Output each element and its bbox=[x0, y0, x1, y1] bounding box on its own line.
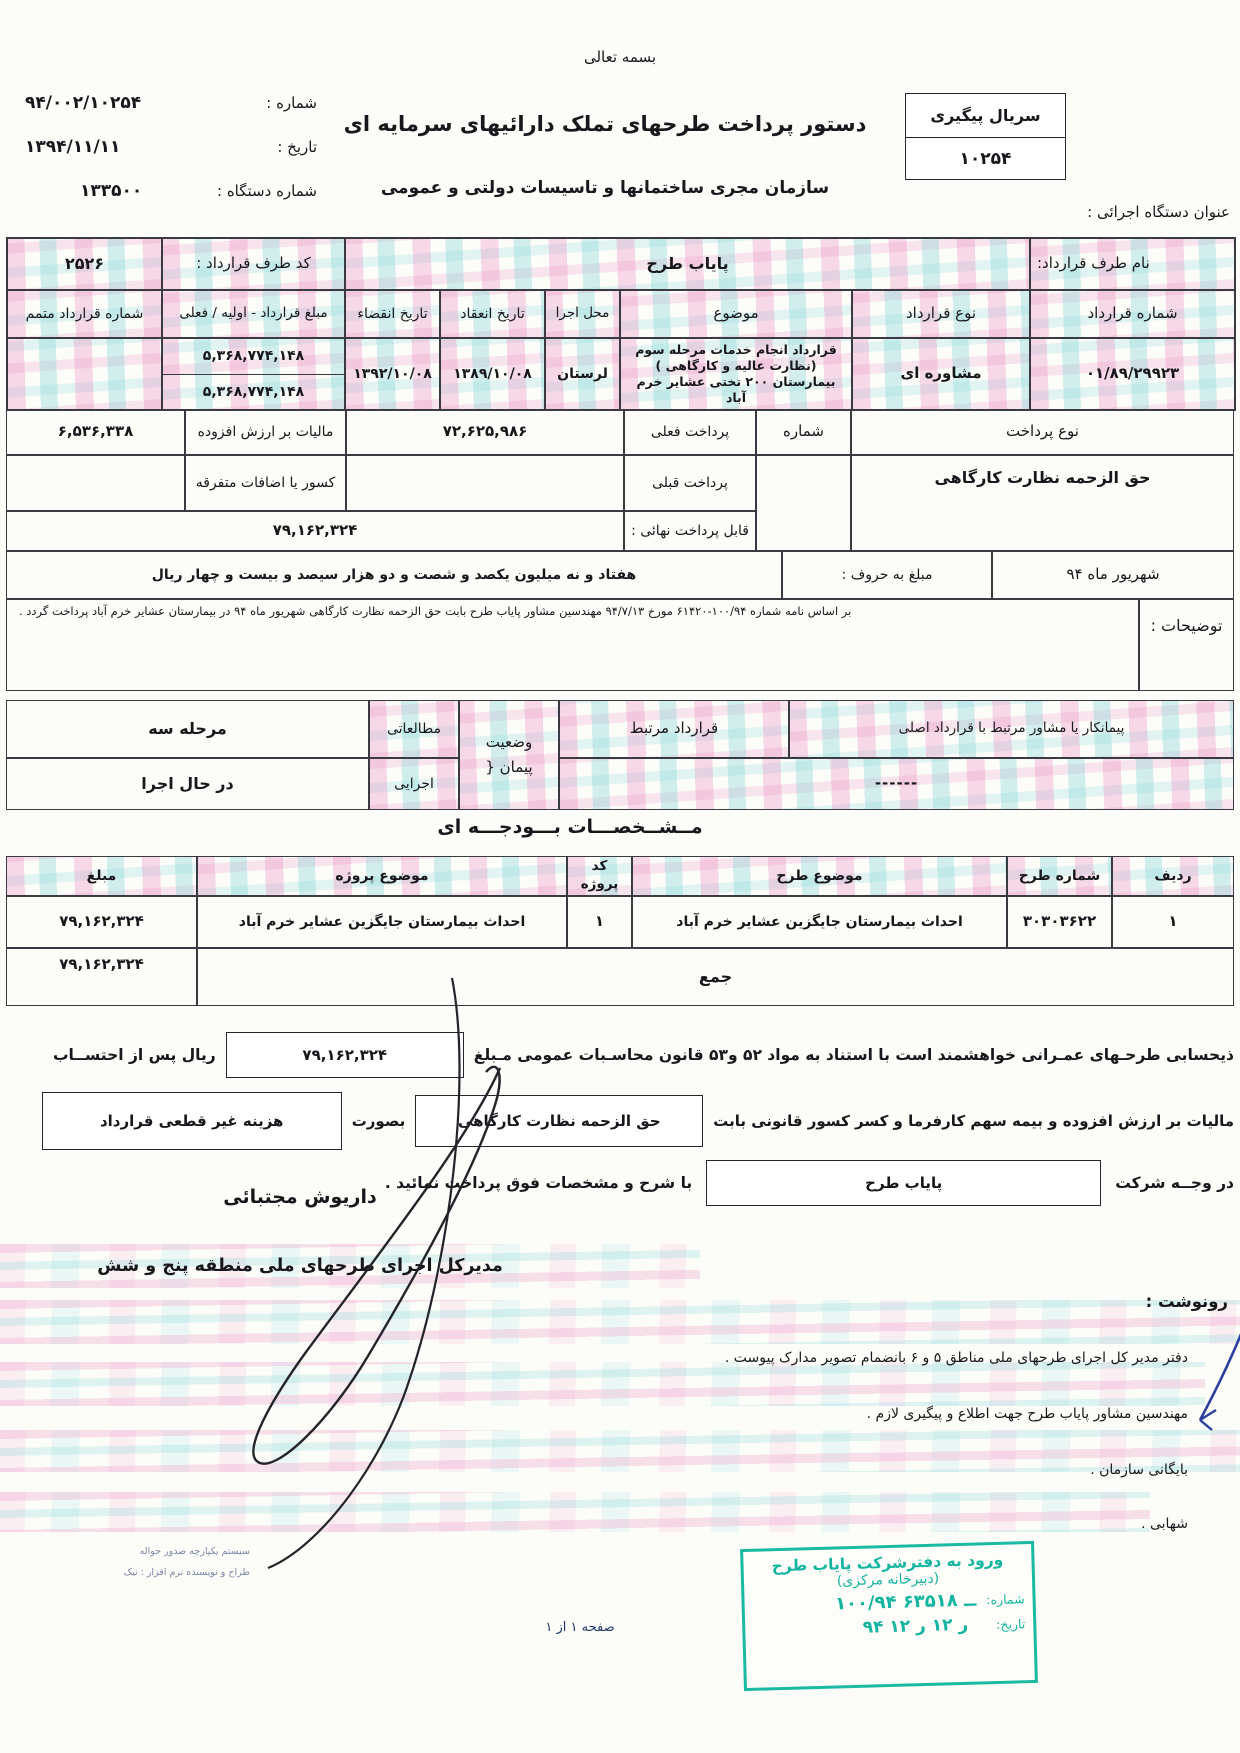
party-name-label: نام طرف قرارداد: bbox=[1030, 238, 1235, 290]
cc-item-4: شهابی . bbox=[1141, 1516, 1188, 1532]
stamp-number-label: شماره: bbox=[986, 1591, 1025, 1607]
instruction-line2-text-a: مالیات بر ارزش افزوده و بیمه سهم کارفرما… bbox=[713, 1112, 1234, 1130]
previous-payment-value bbox=[346, 455, 624, 511]
signatory-title: مدیرکل اجرای طرحهای ملی منطقه پنج و شش bbox=[30, 1256, 570, 1276]
notes-label: توضیحات : bbox=[1139, 599, 1234, 691]
contract-subject-header: موضوع bbox=[620, 290, 852, 338]
agency-title-label: عنوان دستگاه اجرائی : bbox=[1087, 203, 1230, 221]
company-entry-stamp: ورود به دفترشرکت پایاب طرح (دبیرخانه مرک… bbox=[740, 1541, 1038, 1691]
budget-table: ردیف شماره طرح موضوع طرح کد پروژه موضوع … bbox=[6, 856, 1234, 1006]
payment-number-value bbox=[756, 455, 851, 551]
page-number: صفحه ۱ از ۱ bbox=[515, 1620, 645, 1635]
instruction-expense-type-box: هزینه غیر قطعی قرارداد bbox=[42, 1092, 342, 1150]
contract-sign-date-value: ۱۳۸۹/۱۰/۰۸ bbox=[440, 338, 545, 410]
contract-table: نام طرف قرارداد: پایاب طرح کد طرف قراردا… bbox=[6, 237, 1236, 411]
contract-sign-date-header: تاریخ انعقاد bbox=[440, 290, 545, 338]
budget-project-code-header: کد پروژه bbox=[567, 856, 632, 896]
stage-value: مرحله سه bbox=[6, 700, 369, 758]
related-consultant-value: ------ bbox=[559, 758, 1234, 810]
status-study-label: مطالعاتی bbox=[369, 700, 459, 758]
letter-number-label: شماره : bbox=[266, 94, 317, 112]
amount-words-row: شهریور ماه ۹۴ مبلغ به حروف : هفتاد و نه … bbox=[6, 551, 1234, 599]
software-credit-line1: سیستم یکپارچه صدور حواله bbox=[100, 1542, 250, 1563]
instruction-line1-text-a: ذیحسابی طرحـهای عمـرانی خواهشمند است با … bbox=[474, 1046, 1234, 1064]
contract-location-header: محل اجرا bbox=[545, 290, 620, 338]
stamp-date-label: تاریخ: bbox=[996, 1616, 1026, 1632]
budget-row-no: ۱ bbox=[1112, 896, 1234, 948]
current-payment-label: پرداخت فعلی bbox=[624, 409, 756, 455]
stamp-date-value: ۹۴ ر ۱۲ ر ۱۲ bbox=[862, 1615, 968, 1638]
contract-location-value: لرستان bbox=[545, 338, 620, 410]
watermark-strip bbox=[0, 1300, 1240, 1344]
supplement-number-value bbox=[7, 338, 162, 410]
previous-payment-label: پرداخت قبلی bbox=[624, 455, 756, 511]
contract-number-header: شماره قرارداد bbox=[1030, 290, 1235, 338]
executing-organization: سازمان مجری ساختمانها و تاسیسات دولتی و … bbox=[300, 178, 910, 198]
budget-amount-header: مبلغ bbox=[6, 856, 197, 896]
blue-check-stroke bbox=[1200, 1322, 1240, 1420]
budget-amount: ۷۹,۱۶۲,۳۲۴ bbox=[6, 896, 197, 948]
software-credit-block: سیستم یکپارچه صدور حواله طراح و نویسنده … bbox=[100, 1542, 250, 1584]
notes-row: توضیحات : بر اساس نامه شماره ۱۰۰/۹۴-۶۱۴۲… bbox=[6, 599, 1234, 691]
budget-plan-subject-header: موضوع طرح bbox=[632, 856, 1007, 896]
payment-period-value: شهریور ماه ۹۴ bbox=[992, 551, 1234, 599]
contract-amount-current: ۵,۳۶۸,۷۷۴,۱۴۸ bbox=[163, 375, 344, 410]
status-table: پیمانکار یا مشاور مرتبط با قرارداد اصلی … bbox=[6, 700, 1234, 810]
cc-item-2: مهندسین مشاور پایاب طرح جهت اطلاع و پیگی… bbox=[867, 1406, 1188, 1422]
current-payment-value: ۷۲,۶۲۵,۹۸۶ bbox=[346, 409, 624, 455]
progress-value: در حال اجرا bbox=[6, 758, 369, 810]
payment-number-header: شماره bbox=[756, 409, 851, 455]
letter-date-label: تاریخ : bbox=[277, 138, 317, 156]
instruction-amount-box: ۷۹,۱۶۲,۳۲۴ bbox=[226, 1032, 464, 1078]
amount-words-value: هفتاد و نه میلیون یکصد و شصت و دو هزار س… bbox=[6, 551, 782, 599]
budget-plan-subject: احداث بیمارستان جایگزین عشایر خرم آباد bbox=[632, 896, 1007, 948]
contract-expiry-date-value: ۱۳۹۲/۱۰/۰۸ bbox=[345, 338, 440, 410]
software-credit-line2: طراح و نویسنده نرم افزار : نیک bbox=[100, 1563, 250, 1584]
dashes-value: ------ bbox=[875, 774, 918, 794]
stamp-number-value: ۱۰۰/۹۴ ــ ۶۳۵۱۸ bbox=[835, 1590, 977, 1615]
contract-status-label-line2: پیمان { bbox=[485, 758, 532, 778]
party-name-value: پایاب طرح bbox=[345, 238, 1030, 290]
status-exec-label: اجرایی bbox=[369, 758, 459, 810]
budget-plan-no-header: شماره طرح bbox=[1007, 856, 1112, 896]
letter-number-value: ۹۴/۰۰۲/۱۰۲۵۴ bbox=[25, 93, 141, 113]
deductions-label: کسور یا اضافات متفرقه bbox=[185, 455, 346, 511]
related-contract-label: قرارداد مرتبط bbox=[559, 700, 789, 758]
letter-meta-block: شماره : ۹۴/۰۰۲/۱۰۲۵۴ تاریخ : ۱۳۹۴/۱۱/۱۱ … bbox=[25, 86, 317, 208]
vat-row-label: مالیات بر ارزش افزوده bbox=[185, 409, 346, 455]
vat-row-value: ۶,۵۳۶,۳۳۸ bbox=[6, 409, 185, 455]
payee-company-box: پایاب طرح bbox=[706, 1160, 1101, 1206]
payment-type-value: حق الزحمه نظارت کارگاهی bbox=[851, 455, 1234, 551]
budget-plan-no: ۳۰۳۰۳۶۲۲ bbox=[1007, 896, 1112, 948]
document-title: دستور پرداخت طرحهای تملک دارائیهای سرمای… bbox=[300, 112, 910, 136]
contract-type-header: نوع قرارداد bbox=[852, 290, 1030, 338]
final-payable-label: قابل پرداخت نهائی : bbox=[624, 511, 756, 551]
budget-total-label: جمع bbox=[197, 948, 1234, 1006]
cc-item-1: دفتر مدیر کل اجرای طرحهای ملی مناطق ۵ و … bbox=[725, 1350, 1188, 1366]
notes-value: بر اساس نامه شماره ۱۰۰/۹۴-۶۱۴۲۰ مورخ ۹۴/… bbox=[6, 599, 1139, 691]
budget-section-title: مــشــخصـــات بـــودجـــه ای bbox=[320, 816, 820, 838]
budget-project-code: ۱ bbox=[567, 896, 632, 948]
instruction-line-2: مالیات بر ارزش افزوده و بیمه سهم کارفرما… bbox=[6, 1092, 1234, 1150]
instruction-line3-text-a: در وجــه شرکت bbox=[1115, 1174, 1234, 1192]
final-payable-value: ۷۹,۱۶۲,۳۲۴ bbox=[6, 511, 624, 551]
instruction-line1-text-b: ریال پس از احتســاب bbox=[53, 1046, 216, 1064]
party-code-label: کد طرف قرارداد : bbox=[162, 238, 345, 290]
payment-type-header: نوع پرداخت bbox=[851, 409, 1234, 455]
supplement-number-header: شماره قرارداد متمم bbox=[7, 290, 162, 338]
instruction-line-1: ذیحسابی طرحـهای عمـرانی خواهشمند است با … bbox=[6, 1032, 1234, 1078]
blue-check-arrowhead bbox=[1200, 1410, 1216, 1430]
budget-row-header: ردیف bbox=[1112, 856, 1234, 896]
watermark-strip bbox=[0, 1430, 1240, 1472]
signatory-name: داریوش مجتبائی bbox=[130, 1186, 470, 1208]
stamp-date-row: تاریخ: ۹۴ ر ۱۲ ر ۱۲ bbox=[753, 1613, 1025, 1641]
payment-table: نوع پرداخت شماره پرداخت فعلی ۷۲,۶۲۵,۹۸۶ … bbox=[6, 409, 1234, 551]
scanned-payment-order-document: بسمه تعالی شماره : ۹۴/۰۰۲/۱۰۲۵۴ تاریخ : … bbox=[0, 0, 1240, 1753]
tracking-serial-value: ۱۰۲۵۴ bbox=[906, 138, 1065, 180]
tracking-serial-box: سریال پیگیری ۱۰۲۵۴ bbox=[905, 93, 1066, 180]
instruction-line2-mid: بصورت bbox=[352, 1112, 406, 1130]
budget-project-subject: احداث بیمارستان جایگزین عشایر خرم آباد bbox=[197, 896, 567, 948]
contract-status-label: وضعیت پیمان { bbox=[459, 700, 559, 810]
device-number-value: ۱۳۳۵۰۰ bbox=[25, 181, 142, 201]
party-code-value: ۲۵۲۶ bbox=[7, 238, 162, 290]
amount-words-label: مبلغ به حروف : bbox=[782, 551, 992, 599]
tracking-serial-label: سریال پیگیری bbox=[906, 94, 1065, 138]
stamp-number-row: شماره: ۱۰۰/۹۴ ــ ۶۳۵۱۸ bbox=[752, 1588, 1024, 1617]
cc-item-3: بایگانی سازمان . bbox=[1090, 1462, 1188, 1478]
contract-status-label-line1: وضعیت bbox=[486, 733, 532, 753]
cc-label: رونوشت : bbox=[1146, 1292, 1228, 1311]
contract-expiry-date-header: تاریخ انقضاء bbox=[345, 290, 440, 338]
contract-type-value: مشاوره ای bbox=[852, 338, 1030, 410]
letter-date-value: ۱۳۹۴/۱۱/۱۱ bbox=[25, 137, 120, 157]
contract-number-value: ۰۱/۸۹/۲۹۹۲۳ bbox=[1030, 338, 1235, 410]
watermark-strip bbox=[0, 1362, 1205, 1406]
budget-total-value: ۷۹,۱۶۲,۳۲۴ bbox=[6, 948, 197, 1006]
contract-amount-header: مبلغ قرارداد - اولیه / فعلی bbox=[162, 290, 345, 338]
contract-subject-value: قرارداد انجام خدمات مرحله سوم (نظارت عال… bbox=[620, 338, 852, 410]
bismillah-text: بسمه تعالی bbox=[540, 48, 700, 66]
related-consultant-label: پیمانکار یا مشاور مرتبط با قرارداد اصلی bbox=[789, 700, 1234, 758]
contract-amount-values: ۵,۳۶۸,۷۷۴,۱۴۸ ۵,۳۶۸,۷۷۴,۱۴۸ bbox=[162, 338, 345, 410]
deductions-value bbox=[6, 455, 185, 511]
contract-amount-initial: ۵,۳۶۸,۷۷۴,۱۴۸ bbox=[163, 339, 344, 375]
watermark-strip bbox=[0, 1492, 1150, 1532]
budget-project-subject-header: موضوع پروژه bbox=[197, 856, 567, 896]
instruction-fee-box: حق الزحمه نظارت کارگاهی bbox=[415, 1095, 703, 1147]
